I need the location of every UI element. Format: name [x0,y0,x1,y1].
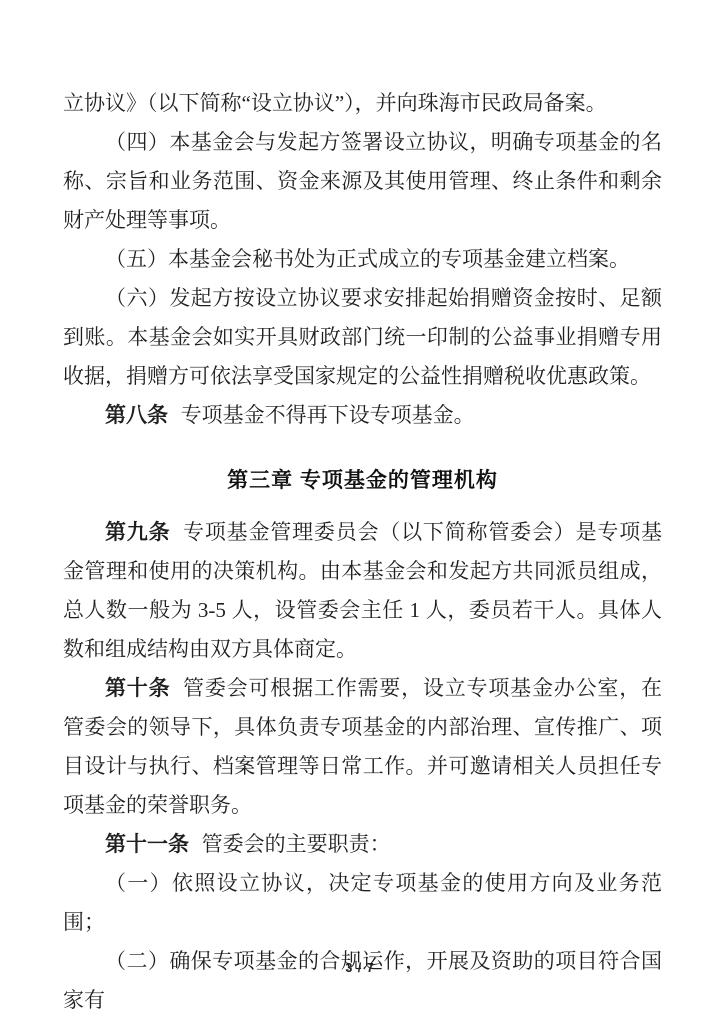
paragraph-article-11: 第十一条管委会的主要职责： [63,825,662,864]
paragraph-item-5: （五）本基金会秘书处为正式成立的专项基金建立档案。 [63,240,662,279]
article-11-text: 管委会的主要职责： [202,832,391,856]
paragraph-duty-1: （一）依照设立协议，决定专项基金的使用方向及业务范围； [63,864,662,942]
document-body: 立协议》（以下简称“设立协议”），并向珠海市民政局备案。 （四）本基金会与发起方… [63,84,662,1019]
paragraph-article-8: 第八条专项基金不得再下设专项基金。 [63,396,662,435]
page-number: 3 / 7 [0,961,720,975]
paragraph-item-6: （六）发起方按设立协议要求安排起始捐赠资金按时、足额到账。本基金会如实开具财政部… [63,279,662,396]
article-10-term: 第十条 [105,676,170,700]
paragraph-continuation: 立协议》（以下简称“设立协议”），并向珠海市民政局备案。 [63,84,662,123]
chapter-heading: 第三章 专项基金的管理机构 [63,461,662,501]
paragraph-duty-2: （二）确保专项基金的合规运作，开展及资助的项目符合国家有 [63,942,662,1019]
article-9-term: 第九条 [105,520,170,544]
article-8-text: 专项基金不得再下设专项基金。 [181,403,475,427]
article-11-term: 第十一条 [105,832,189,856]
paragraph-article-10: 第十条管委会可根据工作需要，设立专项基金办公室，在管委会的领导下，具体负责专项基… [63,669,662,825]
article-8-term: 第八条 [105,403,168,427]
document-page: 立协议》（以下简称“设立协议”），并向珠海市民政局备案。 （四）本基金会与发起方… [0,0,720,1019]
paragraph-item-4: （四）本基金会与发起方签署设立协议，明确专项基金的名称、宗旨和业务范围、资金来源… [63,123,662,240]
paragraph-article-9: 第九条专项基金管理委员会（以下简称管委会）是专项基金管理和使用的决策机构。由本基… [63,513,662,669]
